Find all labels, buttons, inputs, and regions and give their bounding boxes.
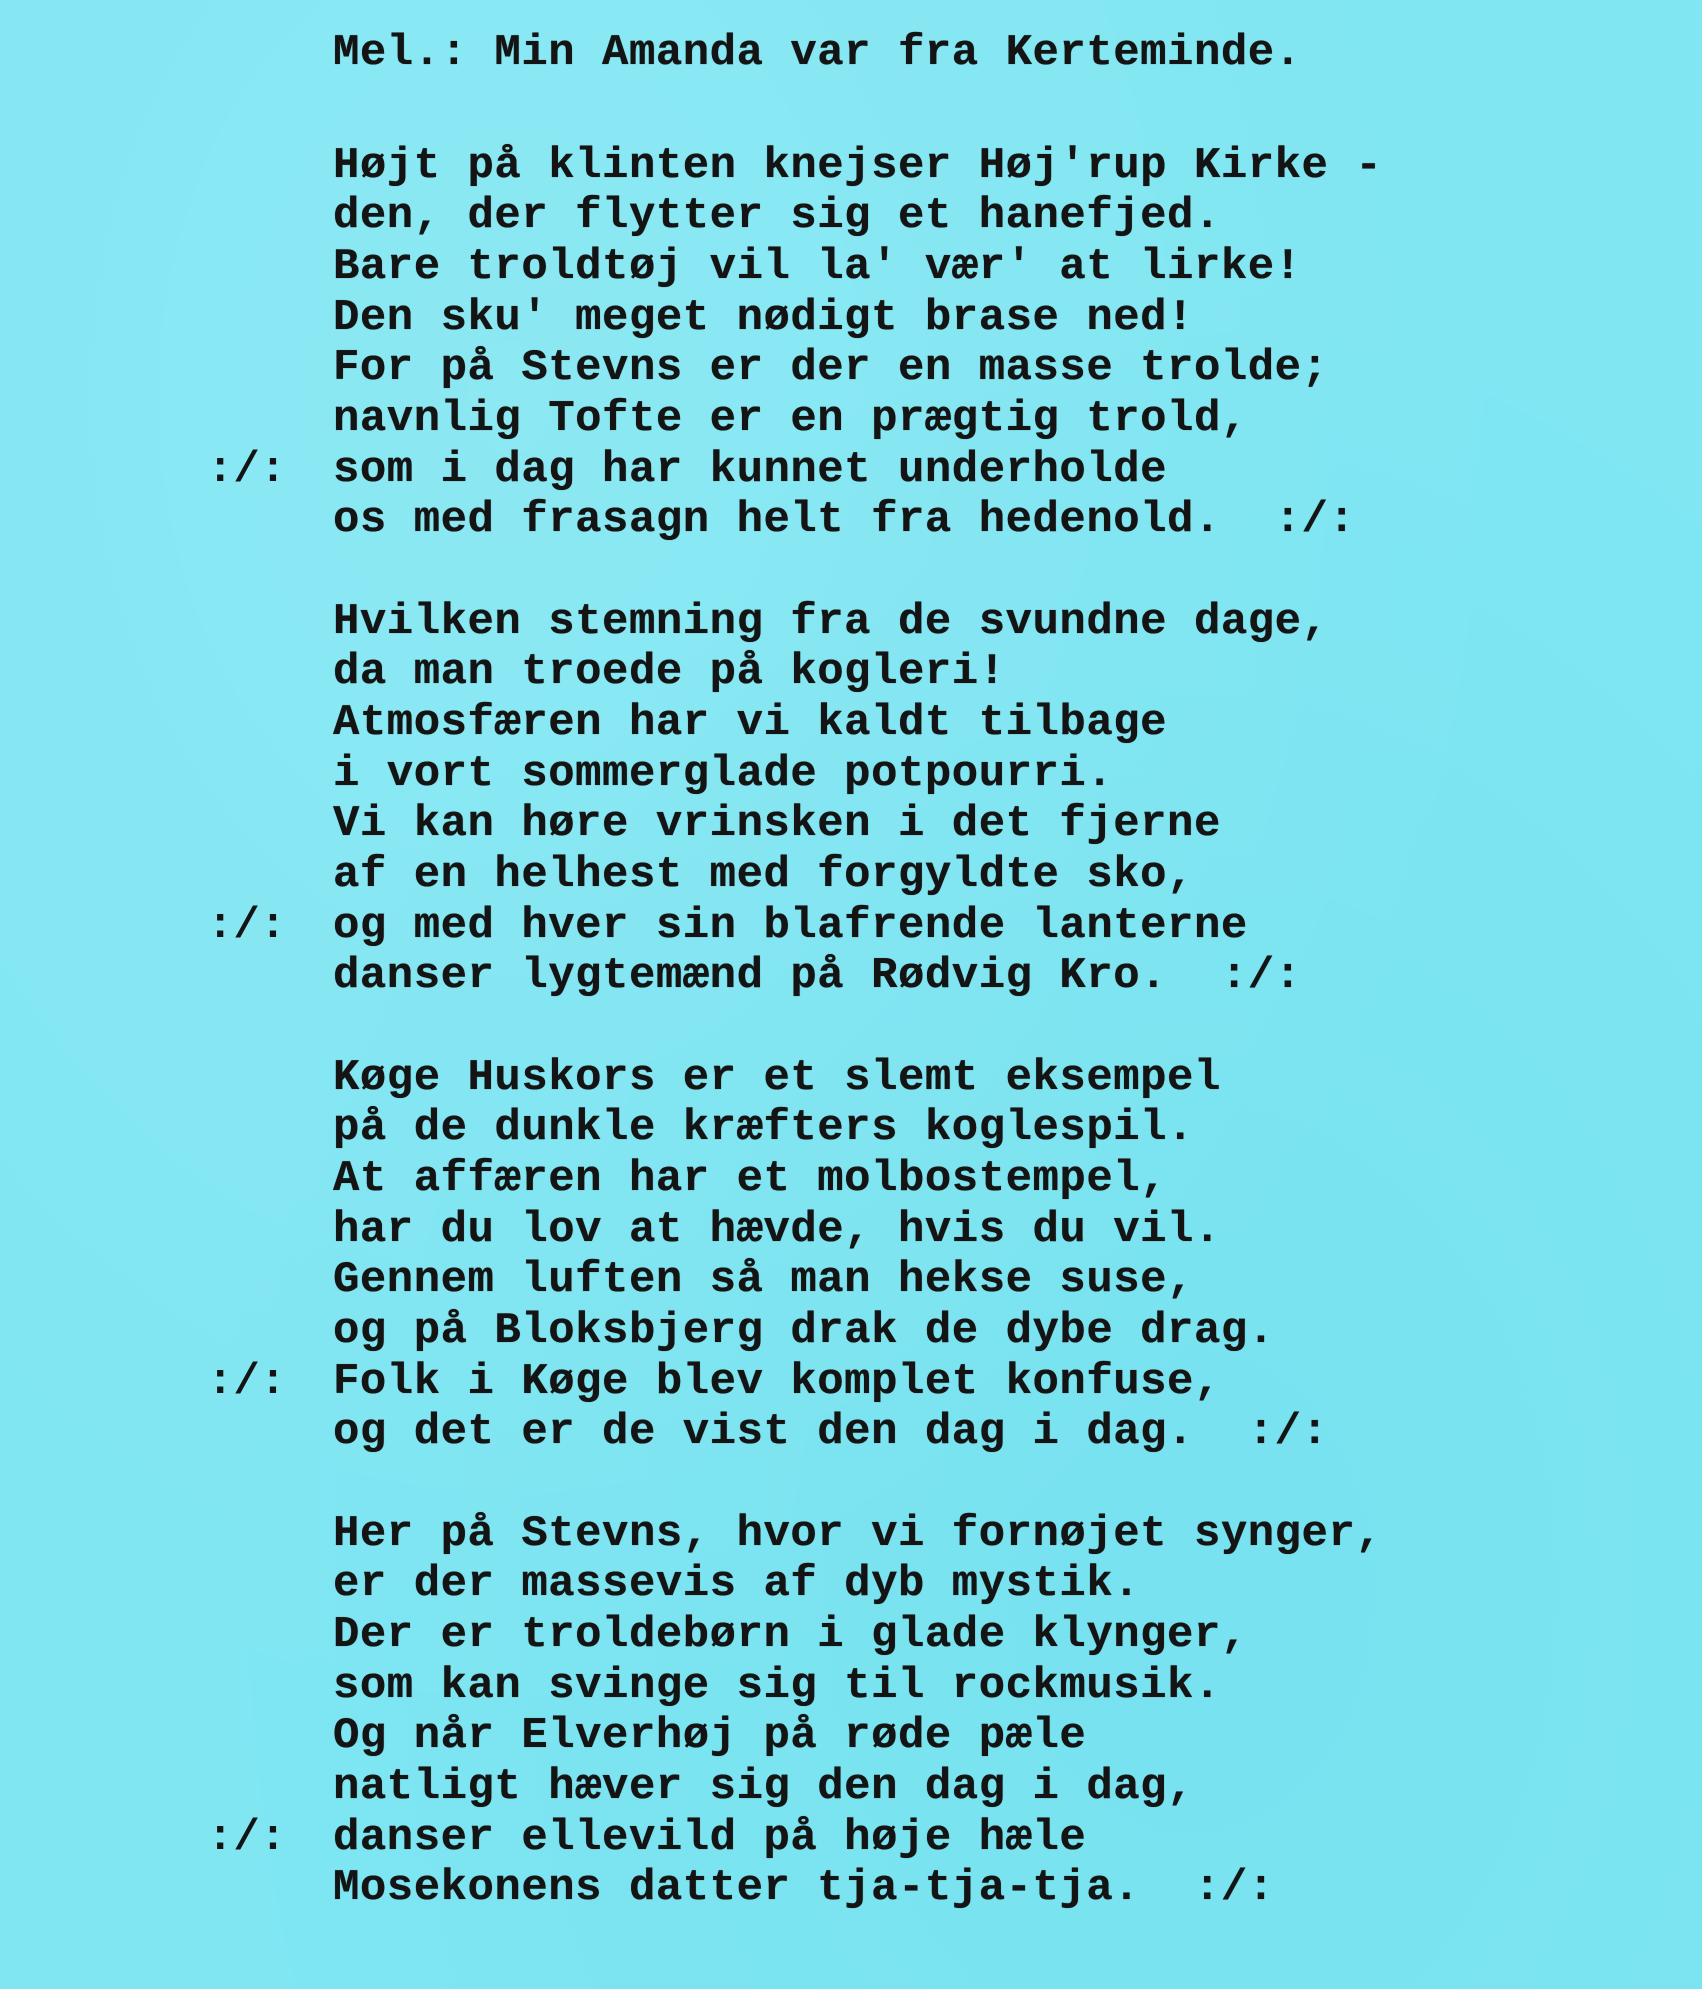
- verse-line: er der massevis af dyb mystik.: [333, 1559, 1140, 1609]
- verse-line: Højt på klinten knejser Høj'rup Kirke -: [333, 141, 1382, 191]
- verse-line: At affæren har et molbostempel,: [333, 1154, 1167, 1204]
- verse-line: Vi kan høre vrinsken i det fjerne: [333, 799, 1221, 849]
- repeat-start-marker: :/:: [207, 445, 286, 495]
- verse-line: Og når Elverhøj på røde pæle: [333, 1711, 1086, 1761]
- verse-line: Hvilken stemning fra de svundne dage,: [333, 597, 1328, 647]
- typewritten-song-sheet: Mel.: Min Amanda var fra Kerteminde. Høj…: [0, 0, 1702, 1989]
- verse-line: Den sku' meget nødigt brase ned!: [333, 293, 1194, 343]
- verse-line: som kan svinge sig til rockmusik.: [333, 1661, 1221, 1711]
- verse-line: Der er troldebørn i glade klynger,: [333, 1610, 1248, 1660]
- verse-line: Mosekonens datter tja-tja-tja. :/:: [333, 1863, 1275, 1913]
- verse-line: som i dag har kunnet underholde: [333, 445, 1167, 495]
- verse-line: har du lov at hævde, hvis du vil.: [333, 1205, 1221, 1255]
- repeat-start-marker: :/:: [207, 1813, 286, 1863]
- verse-line: danser ellevild på høje hæle: [333, 1813, 1086, 1863]
- verse-line: Bare troldtøj vil la' vær' at lirke!: [333, 242, 1302, 292]
- verse-line: Køge Huskors er et slemt eksempel: [333, 1053, 1221, 1103]
- melody-line: Mel.: Min Amanda var fra Kerteminde.: [333, 28, 1302, 78]
- verse-line: og på Bloksbjerg drak de dybe drag.: [333, 1306, 1275, 1356]
- verse-line: For på Stevns er der en masse trolde;: [333, 343, 1328, 393]
- verse-line: Atmosfæren har vi kaldt tilbage: [333, 698, 1167, 748]
- verse-line: og det er de vist den dag i dag. :/:: [333, 1407, 1328, 1457]
- verse-line: den, der flytter sig et hanefjed.: [333, 191, 1221, 241]
- verse-line: Her på Stevns, hvor vi fornøjet synger,: [333, 1509, 1382, 1559]
- verse-line: og med hver sin blafrende lanterne: [333, 901, 1248, 951]
- repeat-start-marker: :/:: [207, 901, 286, 951]
- verse-line: natligt hæver sig den dag i dag,: [333, 1762, 1194, 1812]
- repeat-start-marker: :/:: [207, 1357, 286, 1407]
- verse-line: navnlig Tofte er en prægtig trold,: [333, 394, 1248, 444]
- verse-line: på de dunkle kræfters koglespil.: [333, 1103, 1194, 1153]
- verse-line: Folk i Køge blev komplet konfuse,: [333, 1357, 1221, 1407]
- verse-line: af en helhest med forgyldte sko,: [333, 850, 1194, 900]
- verse-line: Gennem luften så man hekse suse,: [333, 1255, 1194, 1305]
- verse-line: danser lygtemænd på Rødvig Kro. :/:: [333, 951, 1302, 1001]
- verse-line: os med frasagn helt fra hedenold. :/:: [333, 495, 1355, 545]
- verse-line: i vort sommerglade potpourri.: [333, 749, 1113, 799]
- verse-line: da man troede på kogleri!: [333, 647, 1006, 697]
